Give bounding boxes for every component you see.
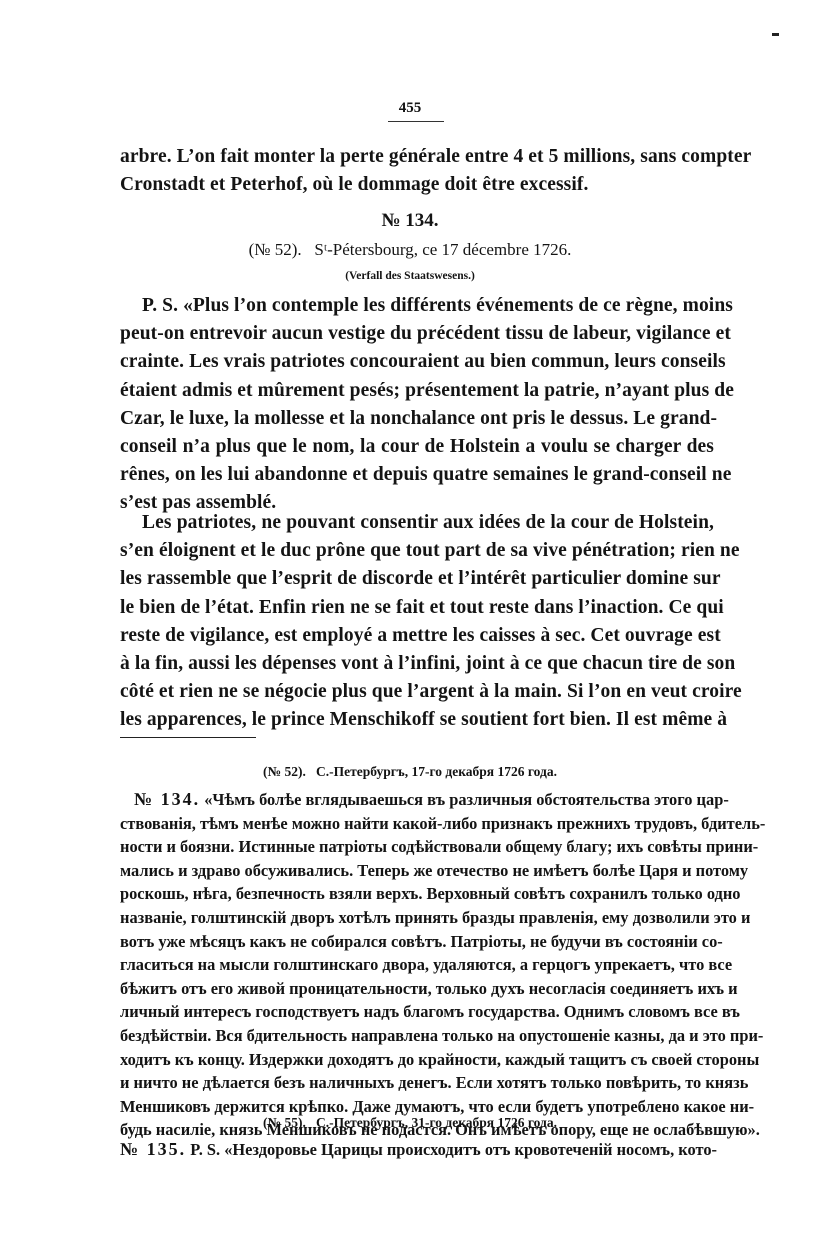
text-line: rênes, on les lui abandonne et depuis qu…: [120, 461, 714, 489]
footnote-rule: [120, 737, 256, 738]
text-line: Les patriotes, ne pouvant consentir aux …: [120, 509, 714, 537]
text-line: crainte. Les vrais patriotes concouraien…: [120, 348, 714, 376]
text-fragment: «Чѣмъ болѣе вглядываешься въ различныя о…: [204, 790, 729, 809]
text-line: бездѣйствіи. Вся бдительность направлена…: [120, 1024, 714, 1048]
text-line: les apparences, le prince Menschikoff se…: [120, 706, 714, 734]
text-line: les rassemble que l’esprit de discorde e…: [120, 565, 714, 593]
text-line: à la fin, aussi les dépenses vont à l’in…: [120, 650, 714, 678]
text-line: и ничто не дѣлается безъ наличныхъ денег…: [120, 1071, 714, 1095]
continuation-paragraph: arbre. L’on fait monter la perte général…: [120, 143, 714, 199]
text-line: мались и здраво обсуживались. Теперь же …: [120, 859, 714, 883]
footnote-translation-134: № 134. «Чѣмъ болѣе вглядываешься въ разл…: [120, 788, 714, 1142]
text-line: вотъ уже мѣсяцъ какъ не собирался совѣтъ…: [120, 930, 714, 954]
paragraph-2: Les patriotes, ne pouvant consentir aux …: [120, 509, 714, 735]
document-subtitle: (Verfall des Staatswesens.): [0, 270, 820, 282]
text-line: названіе, голштинскій дворъ хотѣлъ приня…: [120, 906, 714, 930]
text-line: личный интересъ господствуетъ надъ благо…: [120, 1000, 714, 1024]
text-line: бѣжитъ отъ его живой проницательности, т…: [120, 977, 714, 1001]
document-page: 455 arbre. L’on fait monter la perte gén…: [0, 0, 820, 1256]
text-line: peut-on entrevoir aucun vestige du précé…: [120, 320, 714, 348]
text-line: роскошь, нѣга, безпечность взяли верхъ. …: [120, 882, 714, 906]
footnote-number: № 135.: [120, 1139, 186, 1159]
footnote-translation-135: № 135. P. S. «Нездоровье Царицы происход…: [120, 1138, 714, 1162]
text-line: ходитъ къ концу. Издержки доходятъ до кр…: [120, 1048, 714, 1072]
text-line: Cronstadt et Peterhof, où le dommage doi…: [120, 171, 714, 199]
page-number-rule: [388, 121, 444, 122]
text-line: conseil n’a plus que le nom, la cour de …: [120, 433, 714, 461]
text-line: le bien de l’état. Enfin rien ne se fait…: [120, 594, 714, 622]
text-line: côté et rien ne se négocie plus que l’ar…: [120, 678, 714, 706]
text-line: P. S. «Plus l’on contemple les différent…: [120, 292, 714, 320]
text-line: ствованія, тѣмъ менѣе можно найти какой-…: [120, 812, 714, 836]
text-line: étaient admis et mûrement pesés; présent…: [120, 377, 714, 405]
footnote-number: № 134.: [134, 789, 200, 809]
text-line: гласиться на мысли голштинскаго двора, у…: [120, 953, 714, 977]
paragraph-1: P. S. «Plus l’on contemple les différent…: [120, 292, 714, 518]
text-line: Czar, le luxe, la mollesse et la nonchal…: [120, 405, 714, 433]
text-line: arbre. L’on fait monter la perte général…: [120, 143, 714, 171]
text-line: № 134. «Чѣмъ болѣе вглядываешься въ разл…: [120, 788, 714, 812]
scan-mark: [772, 33, 779, 36]
text-fragment: P. S. «Нездоровье Царицы происходитъ отъ…: [190, 1140, 717, 1159]
text-line: s’en éloignent et le duc prône que tout …: [120, 537, 714, 565]
page-number: 455: [0, 100, 820, 117]
footnote-dateline-134: (№ 52). С.-Петербургъ, 17-го декабря 172…: [0, 764, 820, 780]
document-dateline: (№ 52). Sᵗ-Pétersbourg, ce 17 décembre 1…: [0, 240, 820, 260]
text-line: № 135. P. S. «Нездоровье Царицы происход…: [120, 1138, 714, 1162]
text-line: ности и боязни. Истинные патріоты содѣйс…: [120, 835, 714, 859]
footnote-dateline-135: (№ 55). С.-Петербургъ, 31-го декабря 172…: [0, 1115, 820, 1131]
text-line: reste de vigilance, est employé a mettre…: [120, 622, 714, 650]
document-heading: № 134.: [0, 210, 820, 232]
